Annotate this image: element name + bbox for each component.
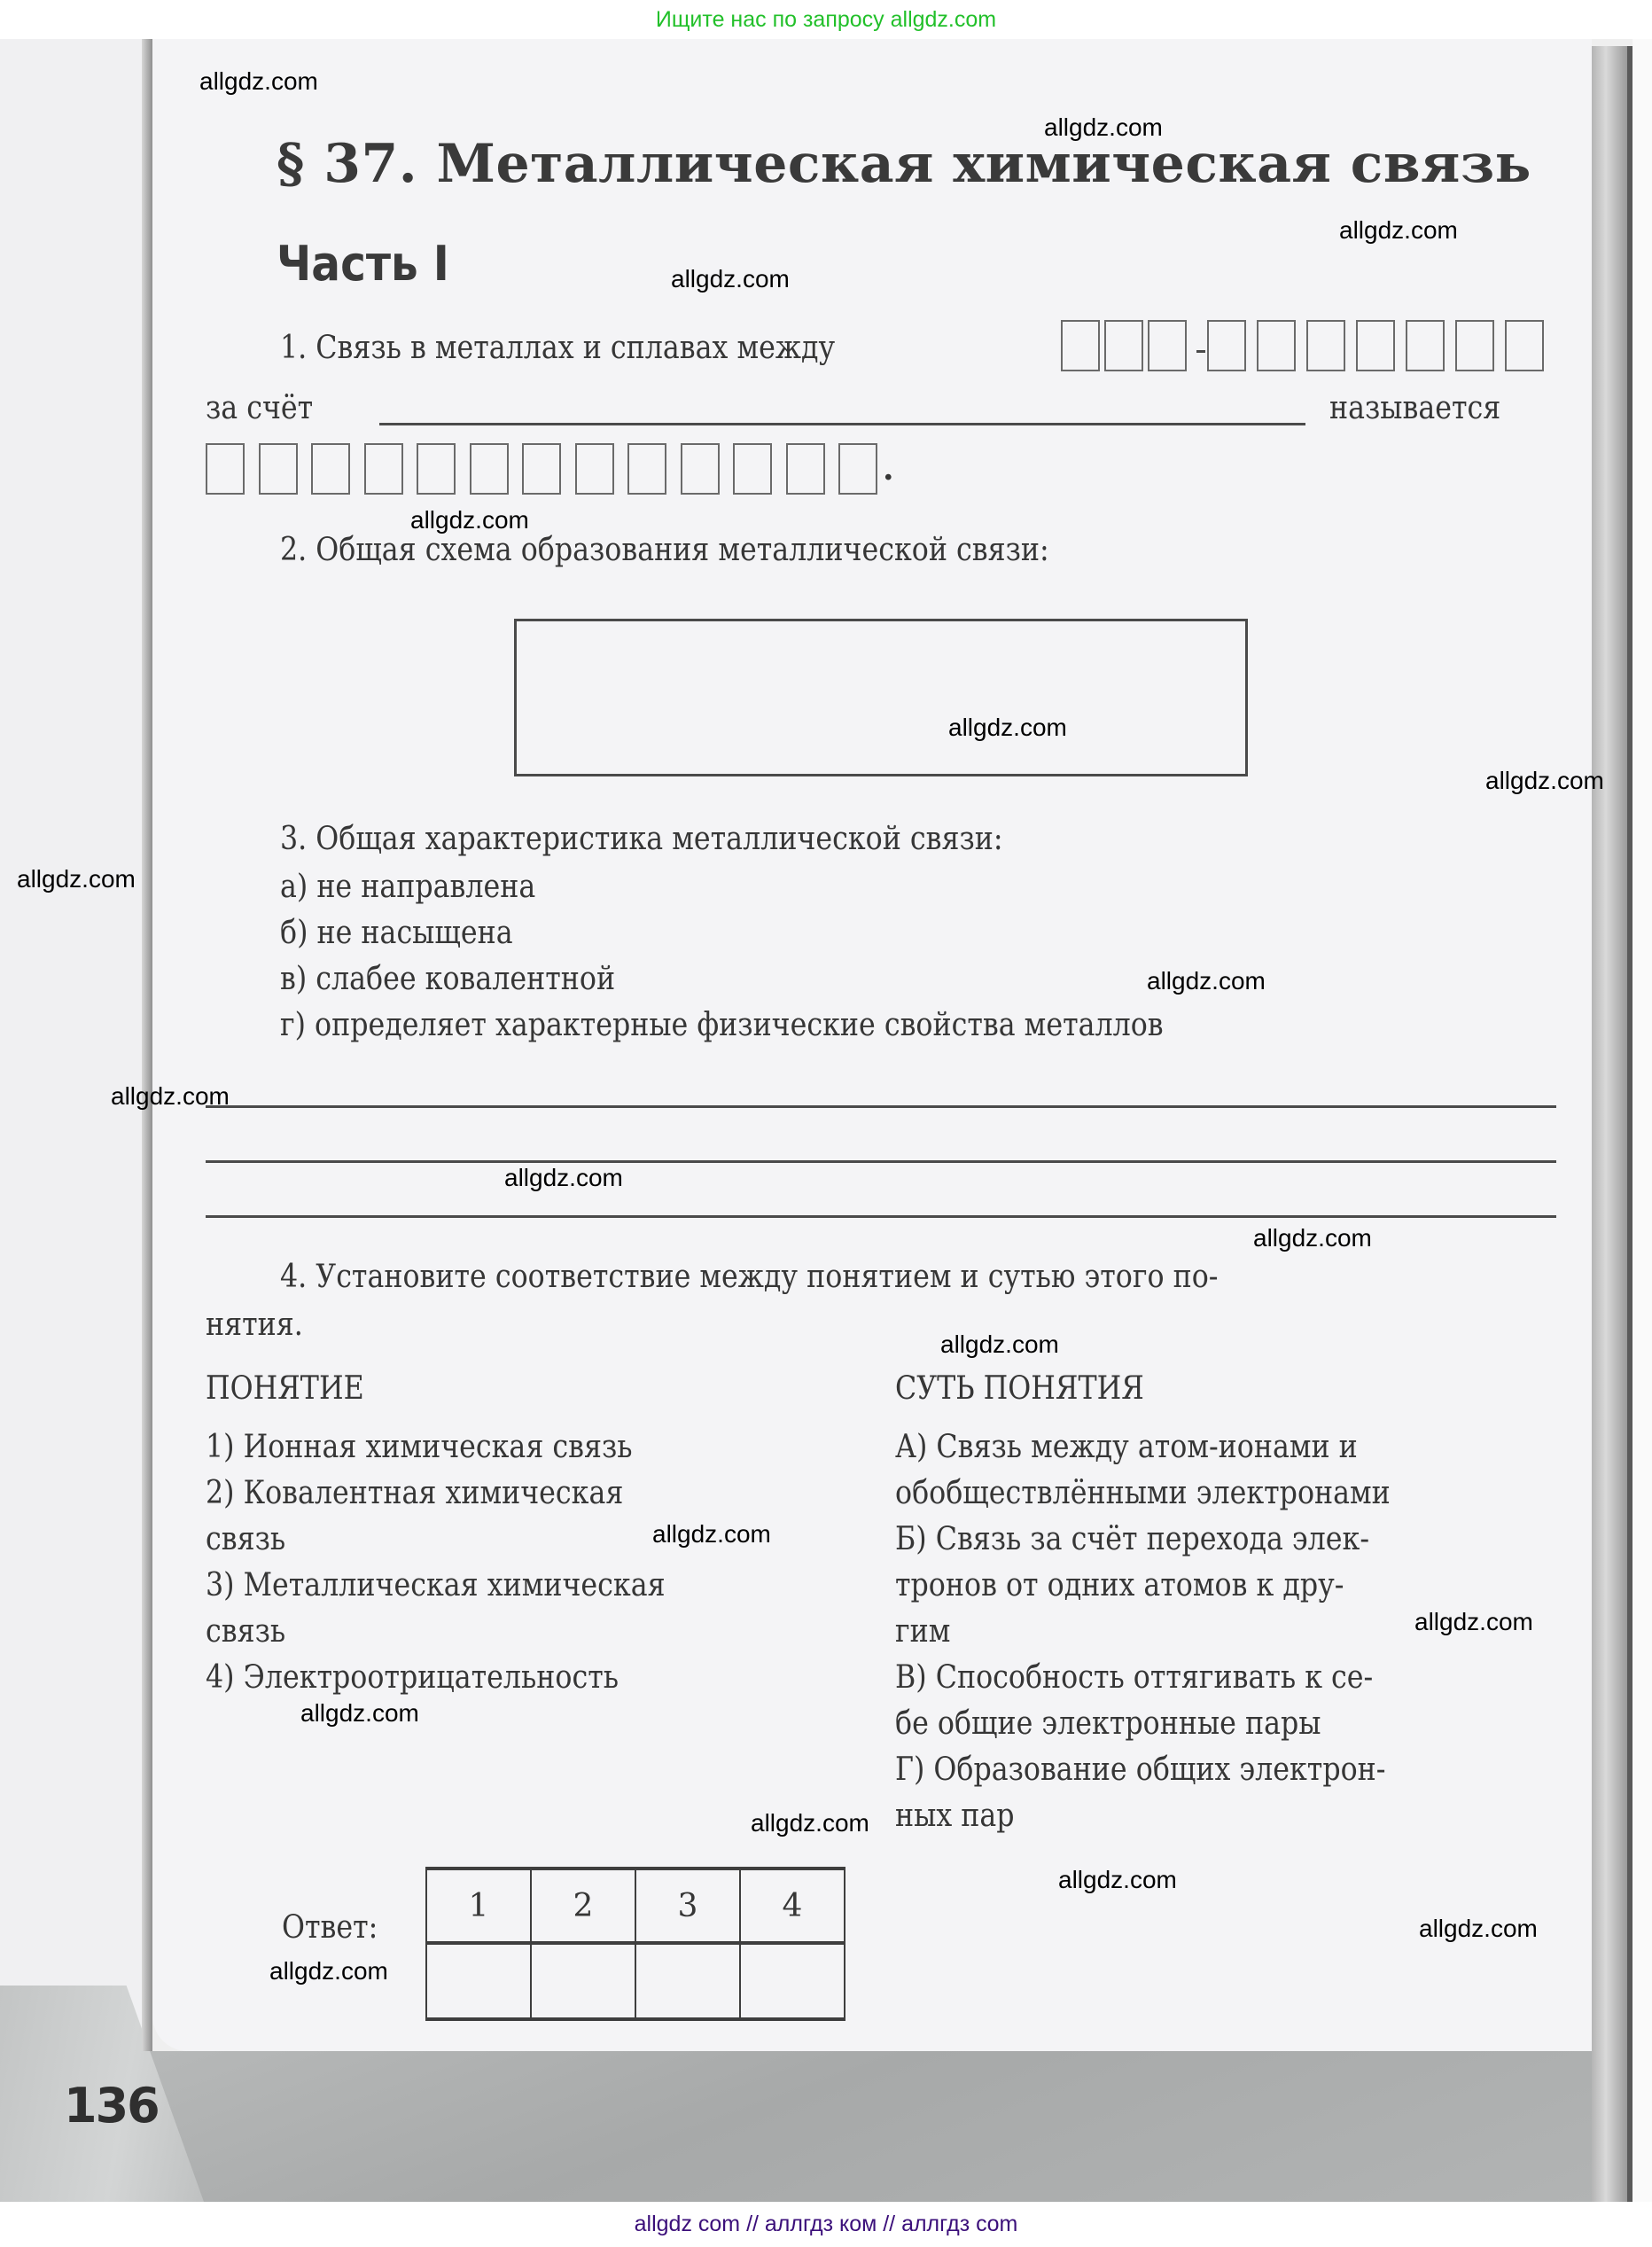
- watermark: allgdz.com: [1414, 1608, 1533, 1636]
- fill-in-line[interactable]: [379, 423, 1305, 425]
- letter-box[interactable]: [364, 443, 403, 495]
- task3-option-v: в) слабее ковалентной: [280, 961, 615, 997]
- watermark: allgdz.com: [410, 506, 529, 534]
- letter-box[interactable]: [206, 443, 245, 495]
- box-hyphen: [1196, 350, 1205, 353]
- task3-option-b: б) не насыщена: [280, 915, 513, 951]
- task1-period: .: [883, 450, 894, 488]
- letter-box[interactable]: [417, 443, 456, 495]
- letter-box[interactable]: [1455, 320, 1494, 371]
- essence-header: СУТЬ ПОНЯТИЯ: [895, 1370, 1144, 1407]
- watermark: allgdz.com: [940, 1330, 1059, 1359]
- answer-col-header-1: 1: [426, 1869, 531, 1943]
- answer-line[interactable]: [206, 1160, 1556, 1163]
- letter-box[interactable]: [259, 443, 298, 495]
- answer-col-header-4: 4: [740, 1869, 845, 1943]
- task3-option-g: г) определяет характерные физические сво…: [280, 1007, 1164, 1043]
- task4-text-line2: нятия.: [206, 1307, 303, 1343]
- concept-item-2-cont: связь: [206, 1521, 285, 1557]
- watermark: allgdz.com: [1044, 113, 1163, 142]
- concept-item-2: 2) Ковалентная химическая: [206, 1475, 623, 1511]
- answer-table: 1 2 3 4: [425, 1867, 845, 2021]
- answer-cell-2[interactable]: [531, 1943, 635, 2019]
- watermark: allgdz.com: [17, 865, 136, 893]
- watermark: allgdz.com: [751, 1809, 869, 1837]
- watermark: allgdz.com: [300, 1699, 419, 1728]
- concept-item-3-cont: связь: [206, 1613, 285, 1650]
- watermark: allgdz.com: [948, 714, 1067, 742]
- essence-item-g-cont: ных пар: [895, 1798, 1015, 1834]
- letter-box[interactable]: [470, 443, 509, 495]
- concept-header: ПОНЯТИЕ: [206, 1370, 364, 1407]
- letter-box[interactable]: [733, 443, 772, 495]
- watermark: allgdz.com: [1253, 1224, 1372, 1252]
- answer-col-header-3: 3: [635, 1869, 740, 1943]
- essence-item-v: В) Способность оттягивать к се-: [895, 1659, 1373, 1696]
- essence-item-a-cont: обобществлёнными электронами: [895, 1475, 1391, 1511]
- letter-box[interactable]: [1257, 320, 1296, 371]
- concept-item-4: 4) Электроотрицательность: [206, 1659, 619, 1696]
- task3-text: 3. Общая характеристика металлической св…: [280, 821, 1003, 857]
- essence-item-g: Г) Образование общих электрон-: [895, 1752, 1386, 1788]
- watermark: allgdz.com: [671, 265, 790, 293]
- letter-box[interactable]: [1061, 320, 1100, 371]
- bottom-banner[interactable]: allgdz com // аллгдз ком // аллгдз com: [0, 2202, 1652, 2247]
- letter-box[interactable]: [1505, 320, 1544, 371]
- watermark: allgdz.com: [652, 1520, 771, 1549]
- right-margin: [1633, 39, 1652, 2202]
- part-heading: Часть I: [277, 236, 449, 292]
- letter-box[interactable]: [1356, 320, 1395, 371]
- binding-strip: [1592, 46, 1627, 2202]
- task1-text: 1. Связь в металлах и сплавах между: [280, 330, 835, 366]
- concept-item-1: 1) Ионная химическая связь: [206, 1429, 632, 1465]
- top-banner[interactable]: Ищите нас по запросу allgdz.com: [0, 0, 1652, 39]
- section-title: § 37. Металлическая химическая связь: [277, 133, 1531, 195]
- watermark: allgdz.com: [199, 67, 318, 96]
- scheme-answer-box[interactable]: [514, 619, 1248, 776]
- essence-item-b-cont1: тронов от одних атомов к дру-: [895, 1567, 1344, 1603]
- answer-line[interactable]: [206, 1105, 1556, 1108]
- letter-box[interactable]: [1406, 320, 1445, 371]
- page-edge-left: [142, 39, 152, 2051]
- task3-option-a: а) не направлена: [280, 869, 535, 905]
- letter-box[interactable]: [522, 443, 561, 495]
- letter-box[interactable]: [1148, 320, 1187, 371]
- concept-item-3: 3) Металлическая химическая: [206, 1567, 666, 1603]
- page-number: 136: [64, 2078, 159, 2134]
- answer-col-header-2: 2: [531, 1869, 635, 1943]
- letter-box[interactable]: [1207, 320, 1246, 371]
- letter-box[interactable]: [786, 443, 825, 495]
- watermark: allgdz.com: [1147, 967, 1266, 995]
- letter-box[interactable]: [627, 443, 666, 495]
- letter-box[interactable]: [311, 443, 350, 495]
- answer-label: Ответ:: [282, 1909, 378, 1946]
- letter-box[interactable]: [681, 443, 720, 495]
- page-shadow-area: [0, 2051, 1627, 2202]
- answer-line[interactable]: [206, 1215, 1556, 1218]
- essence-item-v-cont: бе общие электронные пары: [895, 1705, 1321, 1742]
- letter-box[interactable]: [838, 443, 877, 495]
- watermark: allgdz.com: [1485, 767, 1604, 795]
- essence-item-b: Б) Связь за счёт перехода элек-: [895, 1521, 1369, 1557]
- watermark: allgdz.com: [1419, 1915, 1538, 1943]
- task1-za-schet: за счёт: [206, 390, 313, 426]
- watermark: allgdz.com: [269, 1957, 388, 1986]
- task2-text: 2. Общая схема образования металлической…: [280, 532, 1049, 568]
- watermark: allgdz.com: [504, 1164, 623, 1192]
- task1-nazyvaetsya: называется: [1329, 390, 1500, 426]
- watermark: allgdz.com: [1339, 216, 1458, 245]
- task4-text-line1: 4. Установите соответствие между понятие…: [280, 1259, 1219, 1295]
- letter-box[interactable]: [1306, 320, 1345, 371]
- answer-cell-1[interactable]: [426, 1943, 531, 2019]
- essence-item-b-cont2: гим: [895, 1613, 950, 1650]
- watermark: allgdz.com: [111, 1082, 230, 1111]
- answer-cell-3[interactable]: [635, 1943, 740, 2019]
- letter-box[interactable]: [1104, 320, 1143, 371]
- watermark: allgdz.com: [1058, 1866, 1177, 1894]
- left-margin: [0, 39, 152, 2202]
- essence-item-a: А) Связь между атом-ионами и: [895, 1429, 1358, 1465]
- answer-cell-4[interactable]: [740, 1943, 845, 2019]
- letter-box[interactable]: [575, 443, 614, 495]
